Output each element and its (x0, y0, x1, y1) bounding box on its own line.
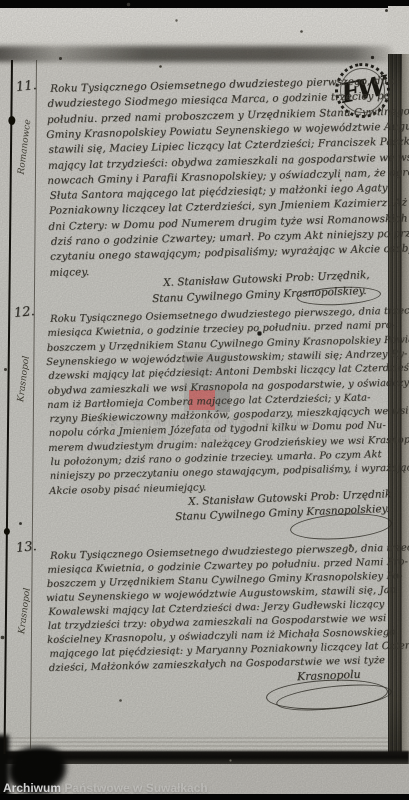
scan-top-black-band (0, 0, 409, 8)
archival-scan-page: FW ARCHIWUM PAŃSTWOWE W SUWAŁKACH Archiw… (0, 0, 409, 800)
ink-specks (0, 0, 1, 1)
register-entry-12: Roku Tysiącznego Osiemsetnego dwudzieste… (45, 306, 395, 504)
register-entry-13: Roku Tysiącznego Osiemsetnego dwudzieste… (45, 543, 394, 681)
page-top-shadow-smudge (0, 46, 394, 62)
register-entry-11: Roku Tysiącznego Osiemsetnego dwudzieste… (45, 75, 396, 288)
watermark-corner-tail: Państwowe w Suwałkach (61, 781, 208, 795)
watermark-corner-text: Archiwum (3, 781, 61, 795)
handwritten-line: Akcie osoby pisać nieumiejący. (49, 482, 206, 497)
entry-number-12: 12. (13, 304, 35, 321)
entry-number-13: 13. (15, 539, 37, 556)
archive-corner-watermark: Archiwum Państwowe w Suwałkach (3, 781, 208, 795)
entry-number-11: 11. (15, 78, 37, 95)
handwritten-line: miącey. (49, 266, 89, 279)
